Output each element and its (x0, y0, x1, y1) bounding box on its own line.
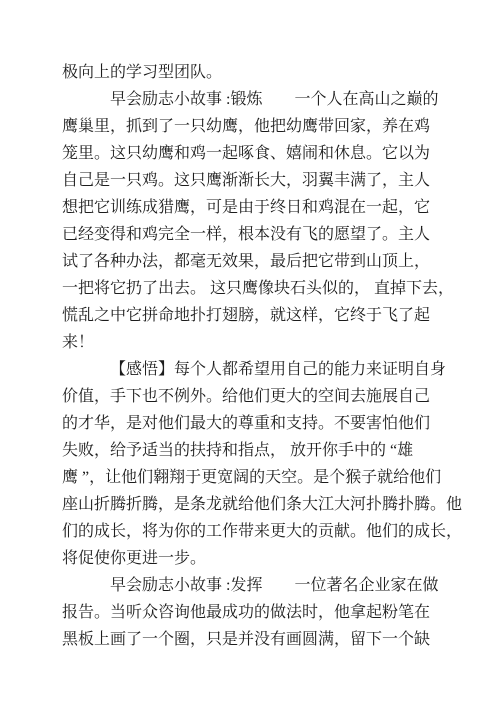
text-line: 的才华，是对他们最大的尊重和支持。不要害怕他们 (62, 410, 442, 437)
text-line: 极向上的学习型团队。 (62, 59, 442, 86)
text-line: 将促使你更进一步。 (62, 545, 442, 572)
text-line: 黑板上画了一个圈，只是并没有画圆满，留下一个缺 (62, 626, 442, 653)
text-line: 【感悟】每个人都希望用自己的能力来证明自身 (62, 356, 442, 383)
text-line: 已经变得和鸡完全一样，根本没有飞的愿望了。主人 (62, 221, 442, 248)
text-line: 早会励志小故事 :锻炼 一个人在高山之巅的 (62, 86, 442, 113)
text-line: 鹰 ”，让他们翱翔于更宽阔的天空。是个猴子就给他们 (62, 464, 442, 491)
text-line: 失败，给予适当的扶持和指点， 放开你手中的 “雄 (62, 437, 442, 464)
text-line: 自己是一只鸡。这只鹰渐渐长大，羽翼丰满了，主人 (62, 167, 442, 194)
text-block: 极向上的学习型团队。早会励志小故事 :锻炼 一个人在高山之巅的鹰巢里，抓到了一只… (62, 59, 442, 653)
text-line: 早会励志小故事 :发挥 一位著名企业家在做 (62, 572, 442, 599)
text-line: 一把将它扔了出去。 这只鹰像块石头似的， 直掉下去， (62, 275, 442, 302)
text-line: 们的成长，将为你的工作带来更大的贡献。他们的成长， (62, 518, 442, 545)
text-line: 想把它训练成猎鹰，可是由于终日和鸡混在一起，它 (62, 194, 442, 221)
text-line: 来！ (62, 329, 442, 356)
text-line: 试了各种办法，都毫无效果，最后把它带到山顶上， (62, 248, 442, 275)
text-line: 慌乱之中它拼命地扑打翅膀，就这样，它终于飞了起 (62, 302, 442, 329)
document-page: 极向上的学习型团队。早会励志小故事 :锻炼 一个人在高山之巅的鹰巢里，抓到了一只… (0, 0, 500, 708)
text-line: 座山折腾折腾，是条龙就给他们条大江大河扑腾扑腾。他 (62, 491, 442, 518)
text-line: 鹰巢里，抓到了一只幼鹰，他把幼鹰带回家，养在鸡 (62, 113, 442, 140)
text-line: 价值，手下也不例外。给他们更大的空间去施展自己 (62, 383, 442, 410)
text-line: 笼里。这只幼鹰和鸡一起啄食、嬉闹和休息。它以为 (62, 140, 442, 167)
text-line: 报告。当听众咨询他最成功的做法时，他拿起粉笔在 (62, 599, 442, 626)
